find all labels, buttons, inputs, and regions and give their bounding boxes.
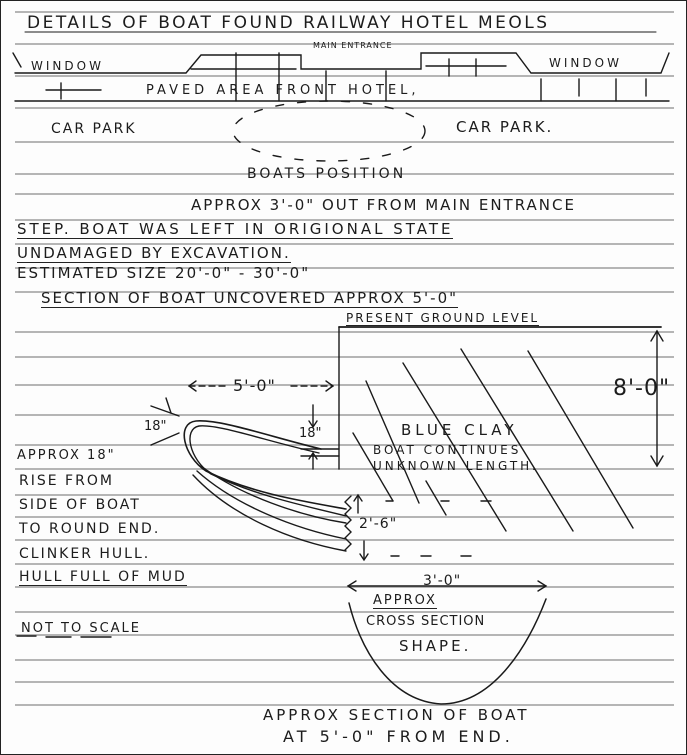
side-note-1: Approx 18": [17, 448, 116, 463]
boat-continues-label: Boat continues: [373, 443, 521, 457]
window-left-label: Window: [31, 59, 104, 73]
blue-clay-label: Blue Clay: [401, 421, 518, 439]
document-title: Details of Boat Found Railway Hotel Meol…: [27, 13, 550, 33]
car-park-left-label: Car Park: [51, 121, 137, 137]
note-line-1: Approx 3'-0" out from Main Entrance: [191, 196, 576, 214]
note-line-5: Section of boat uncovered approx 5'-0": [41, 289, 458, 308]
handwritten-sketch-page: Details of Boat Found Railway Hotel Meol…: [0, 0, 687, 755]
side-note-3: side of boat: [19, 497, 141, 513]
car-park-right-label: Car Park.: [456, 118, 553, 136]
hull-depth-label: 2'-6": [359, 516, 397, 532]
cross-section-label-2: Cross Section: [366, 614, 485, 629]
side-note-6: Hull full of mud: [19, 569, 187, 586]
ground-level-label: Present Ground Level: [346, 311, 539, 326]
note-line-4: Estimated size 20'-0" - 30'-0": [17, 264, 310, 282]
footer-line-1: Approx section of boat: [263, 706, 530, 724]
uncovered-length-label: 5'-0": [233, 376, 276, 395]
main-entrance-label: Main Entrance: [313, 41, 393, 50]
not-to-scale-label: Not to scale: [21, 621, 141, 636]
window-right-label: Window: [549, 56, 622, 70]
boat-position-ellipse: [233, 101, 425, 161]
depth-label: 8'-0": [613, 376, 670, 401]
paved-area-label: Paved Area Front Hotel,: [146, 83, 420, 98]
side-note-4: to round end.: [19, 521, 160, 537]
note-line-2: step. Boat was left in origional state: [17, 220, 453, 239]
footer-line-2: at 5'-0" from end.: [283, 727, 514, 746]
end-height-left-label: 18": [144, 419, 167, 434]
cross-section-width-label: 3'-0": [423, 573, 461, 589]
side-note-5: Clinker hull.: [19, 546, 150, 562]
unknown-length-label: unknown length.: [373, 459, 539, 473]
cross-section-label-1: Approx: [373, 593, 437, 609]
cross-section-label-3: Shape.: [399, 637, 471, 655]
sketch-drawing: [1, 1, 687, 755]
boats-position-label: Boats Position: [247, 166, 406, 182]
end-height-right-label: 18": [299, 426, 322, 441]
side-note-2: Rise from: [19, 473, 114, 489]
note-line-3: undamaged by excavation.: [17, 244, 291, 263]
